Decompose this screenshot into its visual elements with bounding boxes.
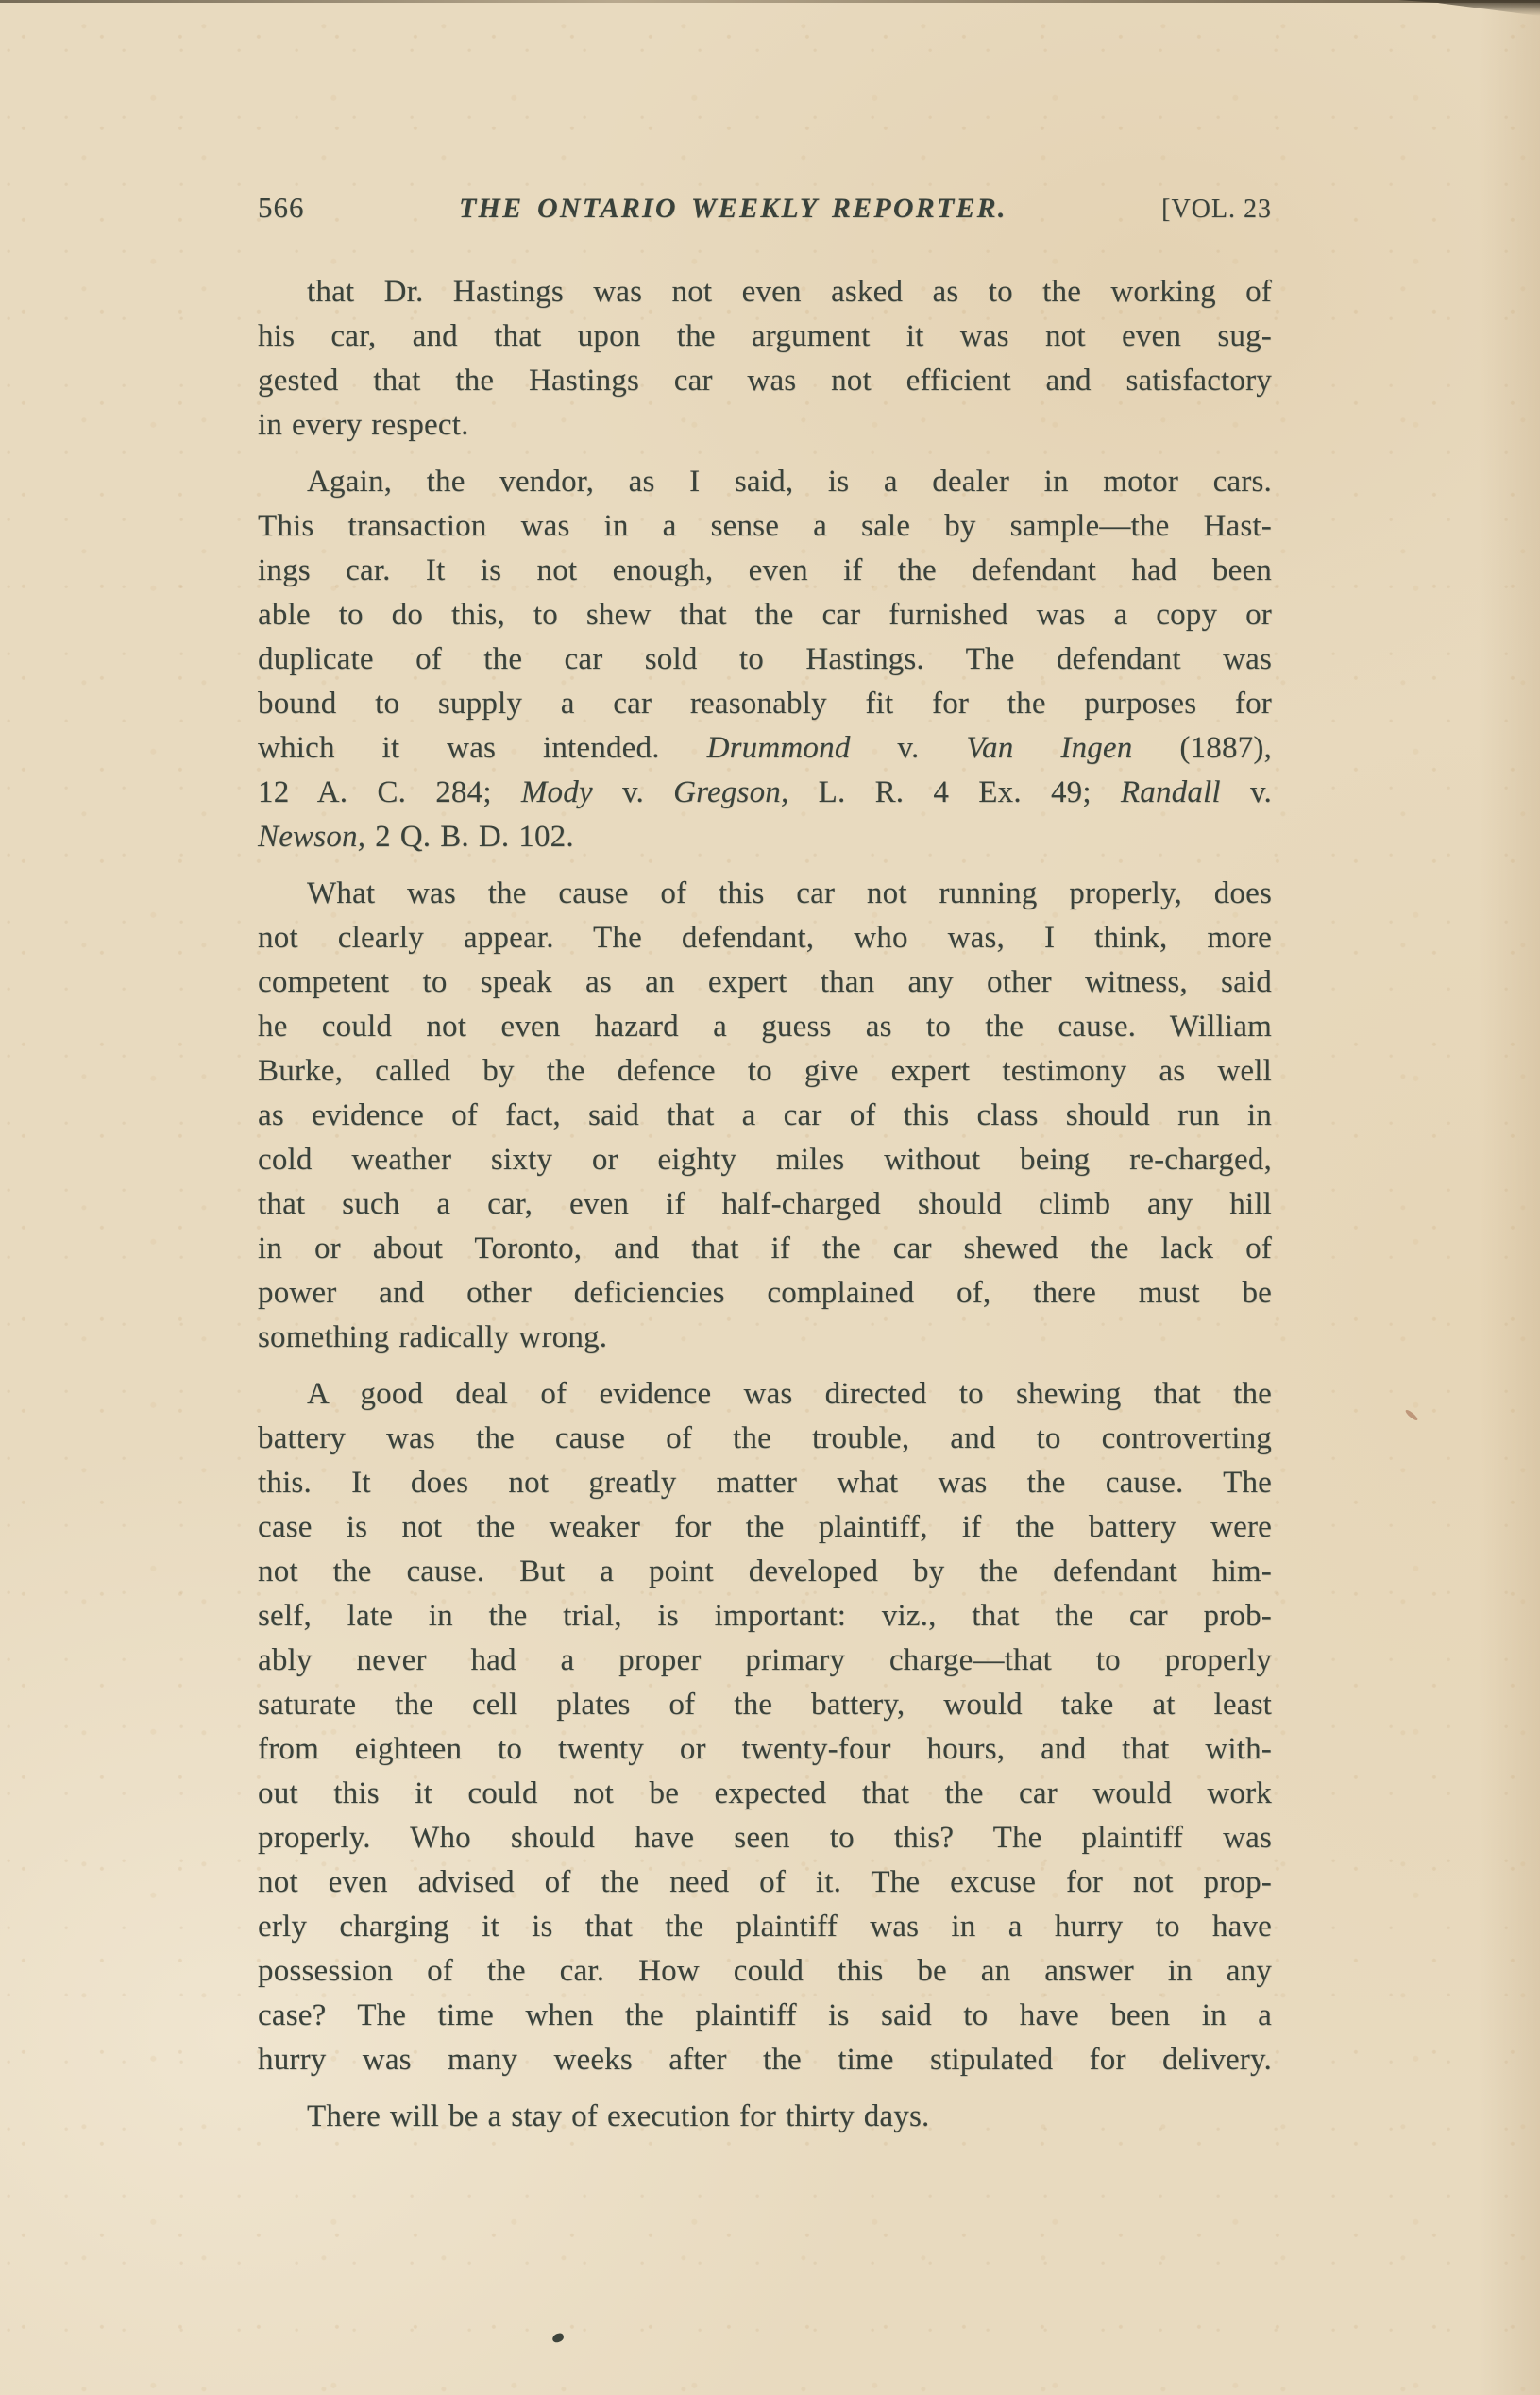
text-line: ably never had a proper primary charge—t… xyxy=(258,1639,1272,1683)
text-line: This transaction was in a sense a sale b… xyxy=(258,504,1272,549)
ink-speck xyxy=(551,2333,565,2344)
scan-edge-top xyxy=(0,0,1540,3)
text-line: Burke, called by the defence to give exp… xyxy=(258,1049,1272,1094)
text-line: ings car. It is not enough, even if the … xyxy=(258,549,1272,593)
page-body: that Dr. Hastings was not even asked as … xyxy=(258,270,1272,2139)
text-line: able to do this, to shew that the car fu… xyxy=(258,593,1272,637)
text-line: which it was intended. Drummond v. Van I… xyxy=(258,726,1272,771)
text-line: something radically wrong. xyxy=(258,1316,1272,1360)
text-line: competent to speak as an expert than any… xyxy=(258,960,1272,1005)
text-line: 12 A. C. 284; Mody v. Gregson, L. R. 4 E… xyxy=(258,771,1272,815)
text-line: not even advised of the need of it. The … xyxy=(258,1860,1272,1905)
text-line: not the cause. But a point developed by … xyxy=(258,1550,1272,1594)
text-line: power and other deficiencies complained … xyxy=(258,1271,1272,1316)
text-line: Again, the vendor, as I said, is a deale… xyxy=(258,460,1272,504)
text-line: this. It does not greatly matter what wa… xyxy=(258,1461,1272,1505)
text-line: cold weather sixty or eighty miles witho… xyxy=(258,1138,1272,1182)
text-line: that Dr. Hastings was not even asked as … xyxy=(258,270,1272,314)
text-line: battery was the cause of the trouble, an… xyxy=(258,1417,1272,1461)
text-line: from eighteen to twenty or twenty-four h… xyxy=(258,1727,1272,1772)
text-line: that such a car, even if half-charged sh… xyxy=(258,1182,1272,1227)
running-title: THE ONTARIO WEEKLY REPORTER. xyxy=(459,193,1007,225)
text-line: not clearly appear. The defendant, who w… xyxy=(258,916,1272,960)
text-line: Newson, 2 Q. B. D. 102. xyxy=(258,815,1272,859)
text-line: duplicate of the car sold to Hastings. T… xyxy=(258,637,1272,682)
text-line: case is not the weaker for the plaintiff… xyxy=(258,1505,1272,1550)
book-page: 566 THE ONTARIO WEEKLY REPORTER. [VOL. 2… xyxy=(0,0,1540,2395)
text-line: self, late in the trial, is important: v… xyxy=(258,1594,1272,1639)
running-head: 566 THE ONTARIO WEEKLY REPORTER. [VOL. 2… xyxy=(258,191,1272,225)
text-line: in every respect. xyxy=(258,403,1272,448)
text-line: possession of the car. How could this be… xyxy=(258,1949,1272,1994)
text-line: out this it could not be expected that t… xyxy=(258,1772,1272,1816)
text-line: properly. Who should have seen to this? … xyxy=(258,1816,1272,1860)
text-line: case? The time when the plaintiff is sai… xyxy=(258,1994,1272,2038)
text-line: in or about Toronto, and that if the car… xyxy=(258,1227,1272,1271)
text-line: he could not even hazard a guess as to t… xyxy=(258,1005,1272,1049)
text-line: There will be a stay of execution for th… xyxy=(258,2095,1272,2139)
text-line: saturate the cell plates of the battery,… xyxy=(258,1683,1272,1727)
text-line: gested that the Hastings car was not eff… xyxy=(258,359,1272,403)
text-line: his car, and that upon the argument it w… xyxy=(258,314,1272,359)
text-line: A good deal of evidence was directed to … xyxy=(258,1372,1272,1417)
text-line: bound to supply a car reasonably fit for… xyxy=(258,682,1272,726)
text-line: erly charging it is that the plaintiff w… xyxy=(258,1905,1272,1949)
text-line: What was the cause of this car not runni… xyxy=(258,872,1272,916)
volume-label: [VOL. 23 xyxy=(1161,195,1272,225)
paper-fiber-mark xyxy=(1404,1408,1418,1421)
text-line: hurry was many weeks after the time stip… xyxy=(258,2038,1272,2082)
text-line: as evidence of fact, said that a car of … xyxy=(258,1094,1272,1138)
page-number: 566 xyxy=(258,191,305,225)
